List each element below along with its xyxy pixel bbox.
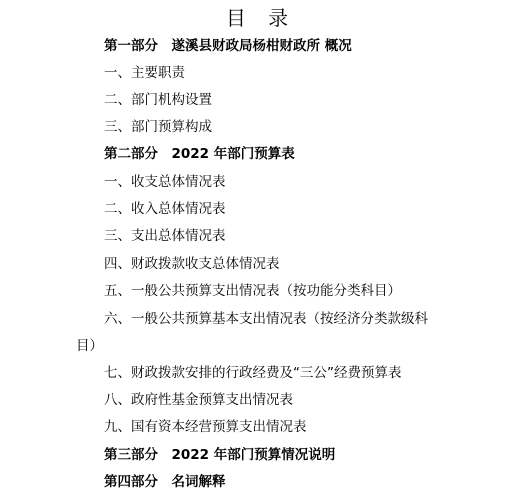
toc-item-main-duties: 一、主要职责: [104, 64, 185, 82]
toc-part-3: 第三部分 2022 年部门预算情况说明: [104, 446, 335, 464]
toc-part-1: 第一部分 遂溪县财政局杨柑财政所 概况: [104, 37, 352, 55]
toc-title: 目 录: [0, 6, 514, 30]
toc-item-fiscal-appropriation-table: 四、财政拨款收支总体情况表: [104, 255, 280, 273]
toc-item-government-fund: 八、政府性基金预算支出情况表: [104, 391, 293, 409]
toc-item-org-structure: 二、部门机构设置: [104, 91, 212, 109]
toc-item-general-budget-functional: 五、一般公共预算支出情况表（按功能分类科目）: [104, 282, 401, 300]
toc-item-revenue-table: 二、收入总体情况表: [104, 200, 226, 218]
toc-item-general-budget-basic-continued: 目）: [76, 337, 103, 355]
toc-item-state-capital: 九、国有资本经营预算支出情况表: [104, 418, 307, 436]
toc-item-admin-three-public: 七、财政拨款安排的行政经费及“三公”经费预算表: [104, 364, 402, 382]
toc-item-expenditure-table: 三、支出总体情况表: [104, 227, 226, 245]
toc-item-budget-composition: 三、部门预算构成: [104, 118, 212, 136]
toc-part-2: 第二部分 2022 年部门预算表: [104, 145, 295, 163]
toc-item-revenue-expenditure-table: 一、收支总体情况表: [104, 173, 226, 191]
toc-item-general-budget-basic: 六、一般公共预算基本支出情况表（按经济分类款级科: [104, 310, 428, 328]
toc-part-4: 第四部分 名词解释: [104, 473, 226, 491]
